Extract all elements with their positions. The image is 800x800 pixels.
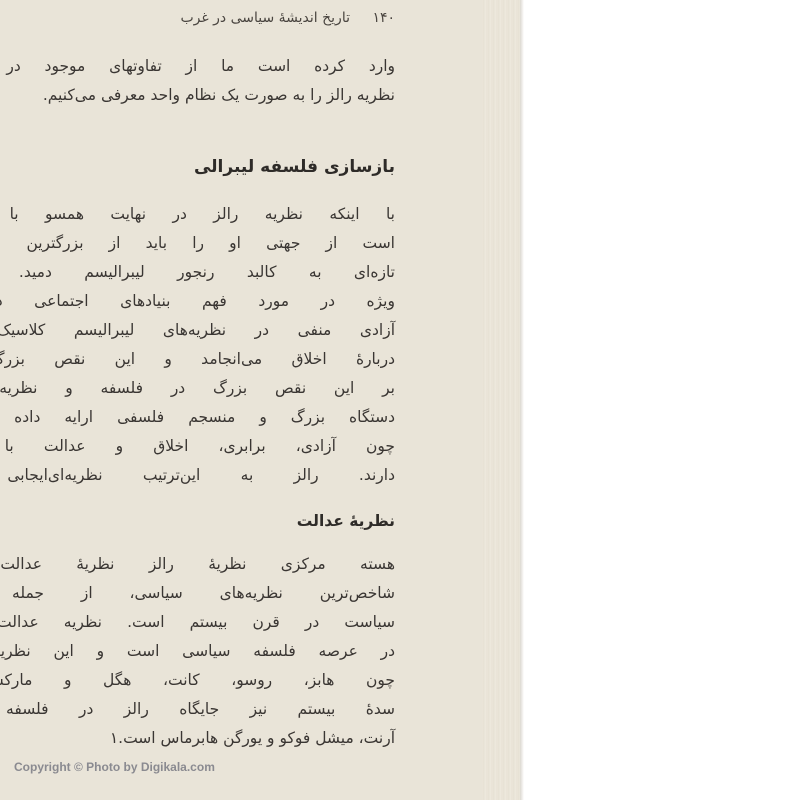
book-page: ۱۴۰ تاریخ اندیشهٔ سیاسی در غرب وارد کرده… [0, 0, 482, 800]
text-line: آزادی منفی در نظریه‌های لیبرالیسم کلاسیک… [0, 316, 395, 345]
text-line: چون هابز، روسو، کانت، هگل و مارکس قرار د… [0, 666, 395, 695]
text-line: است از جهتی او را باید از بزرگترین نظریه… [0, 229, 395, 258]
watermark: Copyright © Photo by Digikala.com [14, 760, 215, 774]
text-line: بر این نقص بزرگ در فلسفه و نظریه لیبرالی… [0, 374, 395, 403]
text-line: دارند. رالز به این‌ترتیب نظریه‌ای‌ایجابی… [0, 461, 395, 490]
section-heading-theory-of-justice: نظریهٔ عدالت [0, 512, 395, 530]
text-line: هسته مرکزی نظریهٔ رالز نظریهٔ عدالت است.… [0, 550, 395, 579]
text-line: دربارهٔ اخلاق می‌انجامد و این نقص بزرگی … [0, 345, 395, 374]
text-line: ویژه در مورد فهم بنیادهای اجتماعی داشته … [0, 287, 395, 316]
text-line: با اینکه نظریه رالز در نهایت همسو با دفا… [0, 200, 395, 229]
text-line: سدهٔ بیستم نیز جایگاه رالز در فلسفه سیاس… [0, 695, 395, 724]
page-edge-shadow [520, 0, 524, 800]
text-line: وارد کرده است ما از تفاوتهای موجود در ای… [0, 52, 395, 81]
text-line: دستگاه بزرگ و منسجم فلسفی ارایه داده است… [0, 403, 395, 432]
page-number: ۱۴۰ [372, 10, 395, 26]
text-line: در عرصه فلسفه سیاسی است و این نظریه کار … [0, 637, 395, 666]
text-line: نظریه رالز را به صورت یک نظام واحد معرفی… [0, 81, 395, 110]
page-edge-stack [482, 0, 521, 800]
running-title: تاریخ اندیشهٔ سیاسی در غرب [180, 10, 350, 26]
running-header: ۱۴۰ تاریخ اندیشهٔ سیاسی در غرب [0, 10, 395, 26]
text-line: سیاست در قرن بیستم است. نظریه عدالت رالز… [0, 608, 395, 637]
section1-paragraph: با اینکه نظریه رالز در نهایت همسو با دفا… [0, 200, 395, 490]
intro-paragraph: وارد کرده است ما از تفاوتهای موجود در ای… [0, 52, 395, 110]
text-line: تازه‌ای به کالبد رنجور لیبرالیسم دمید. ل… [0, 258, 395, 287]
text-line: آرنت، میشل فوکو و یورگن هابرماس است.۱ [0, 724, 395, 753]
text-line: چون آزادی، برابری، اخلاق و عدالت با هم پ… [0, 432, 395, 461]
section-heading-liberal-philosophy: بازسازی فلسفه لیبرالی [0, 157, 395, 177]
section2-paragraph: هسته مرکزی نظریهٔ رالز نظریهٔ عدالت است.… [0, 550, 395, 753]
text-line: شاخص‌ترین نظریه‌های سیاسی، از جمله در حو… [0, 579, 395, 608]
